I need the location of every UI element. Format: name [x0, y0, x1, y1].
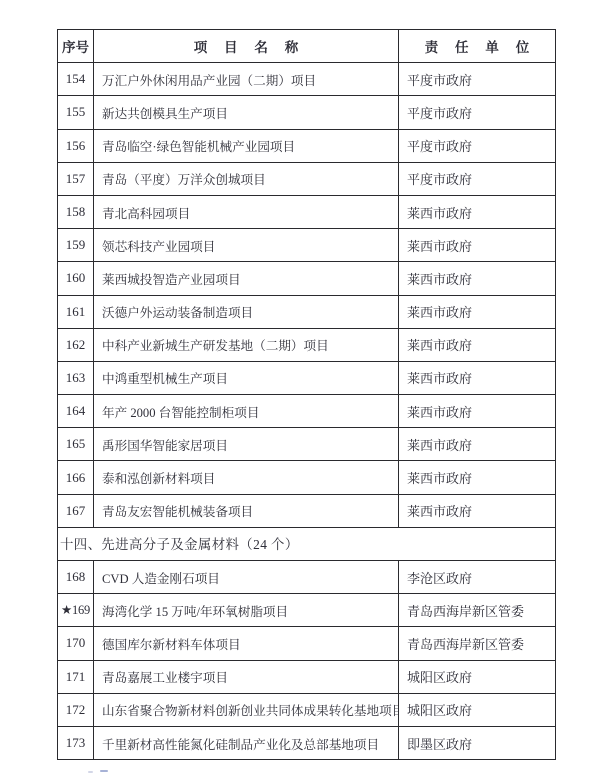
cell-responsible-unit: 莱西市政府: [399, 395, 556, 428]
table-row: 160 莱西城投智造产业园项目 莱西市政府: [58, 262, 556, 295]
cell-project-name: 青岛嘉展工业楼宇项目: [94, 660, 399, 693]
cell-project-name: 青岛临空·绿色智能机械产业园项目: [94, 129, 399, 162]
cell-responsible-unit: 莱西市政府: [399, 328, 556, 361]
cell-index: 155: [58, 96, 94, 129]
cell-index: 173: [58, 726, 94, 759]
cell-project-name: 山东省聚合物新材料创新创业共同体成果转化基地项目: [94, 693, 399, 726]
cell-project-name: 万汇户外休闲用品产业园（二期）项目: [94, 63, 399, 96]
cell-index: 154: [58, 63, 94, 96]
page-number-fragment-mark: [88, 771, 93, 773]
cell-project-name: 年产 2000 台智能控制柜项目: [94, 395, 399, 428]
cell-responsible-unit: 莱西市政府: [399, 361, 556, 394]
table-row: 173 千里新材高性能氮化硅制品产业化及总部基地项目 即墨区政府: [58, 726, 556, 759]
table-row: 171 青岛嘉展工业楼宇项目 城阳区政府: [58, 660, 556, 693]
cell-index: 159: [58, 229, 94, 262]
table-row: 172 山东省聚合物新材料创新创业共同体成果转化基地项目 城阳区政府: [58, 693, 556, 726]
cell-index: 160: [58, 262, 94, 295]
cell-project-name: 领芯科技产业园项目: [94, 229, 399, 262]
cell-index: 167: [58, 494, 94, 527]
cell-responsible-unit: 莱西市政府: [399, 494, 556, 527]
cell-responsible-unit: 莱西市政府: [399, 428, 556, 461]
table-row: 156 青岛临空·绿色智能机械产业园项目 平度市政府: [58, 129, 556, 162]
page-number-fragment: [88, 770, 114, 774]
table-row: 170 德国库尔新材料车体项目 青岛西海岸新区管委: [58, 627, 556, 660]
col-header-project-name: 项 目 名 称: [94, 30, 399, 63]
cell-responsible-unit: 平度市政府: [399, 162, 556, 195]
table-row: 157 青岛（平度）万洋众创城项目 平度市政府: [58, 162, 556, 195]
cell-responsible-unit: 平度市政府: [399, 129, 556, 162]
table-row: 158 青北高科园项目 莱西市政府: [58, 195, 556, 228]
cell-index: 162: [58, 328, 94, 361]
col-header-no: 序号: [58, 30, 94, 63]
cell-responsible-unit: 莱西市政府: [399, 195, 556, 228]
table-row: 165 禹形国华智能家居项目 莱西市政府: [58, 428, 556, 461]
table-row: 167 青岛友宏智能机械装备项目 莱西市政府: [58, 494, 556, 527]
cell-project-name: 中鸿重型机械生产项目: [94, 361, 399, 394]
cell-index: 172: [58, 693, 94, 726]
cell-index: 170: [58, 627, 94, 660]
table-row: 159 领芯科技产业园项目 莱西市政府: [58, 229, 556, 262]
section-title: 十四、先进高分子及金属材料（24 个）: [58, 527, 556, 560]
cell-responsible-unit: 青岛西海岸新区管委: [399, 594, 556, 627]
cell-project-name: 海湾化学 15 万吨/年环氧树脂项目: [94, 594, 399, 627]
cell-project-name: 沃德户外运动装备制造项目: [94, 295, 399, 328]
cell-responsible-unit: 青岛西海岸新区管委: [399, 627, 556, 660]
cell-project-name: 青北高科园项目: [94, 195, 399, 228]
cell-responsible-unit: 莱西市政府: [399, 295, 556, 328]
table-row: 163 中鸿重型机械生产项目 莱西市政府: [58, 361, 556, 394]
cell-responsible-unit: 平度市政府: [399, 96, 556, 129]
cell-responsible-unit: 李沧区政府: [399, 561, 556, 594]
cell-responsible-unit: 莱西市政府: [399, 229, 556, 262]
cell-project-name: CVD 人造金刚石项目: [94, 561, 399, 594]
cell-responsible-unit: 城阳区政府: [399, 693, 556, 726]
cell-index: 161: [58, 295, 94, 328]
table-row: 154 万汇户外休闲用品产业园（二期）项目 平度市政府: [58, 63, 556, 96]
cell-index: 157: [58, 162, 94, 195]
table-row: 164 年产 2000 台智能控制柜项目 莱西市政府: [58, 395, 556, 428]
table-row: 162 中科产业新城生产研发基地（二期）项目 莱西市政府: [58, 328, 556, 361]
cell-project-name: 泰和泓创新材料项目: [94, 461, 399, 494]
cell-responsible-unit: 莱西市政府: [399, 262, 556, 295]
col-header-responsible-unit: 责 任 单 位: [399, 30, 556, 63]
table-row: ★169 海湾化学 15 万吨/年环氧树脂项目 青岛西海岸新区管委: [58, 594, 556, 627]
page-number-fragment-mark: [100, 770, 108, 772]
cell-responsible-unit: 城阳区政府: [399, 660, 556, 693]
cell-responsible-unit: 莱西市政府: [399, 461, 556, 494]
cell-project-name: 青岛（平度）万洋众创城项目: [94, 162, 399, 195]
project-list-table: 序号 项 目 名 称 责 任 单 位 154 万汇户外休闲用品产业园（二期）项目…: [57, 29, 556, 760]
cell-index: 164: [58, 395, 94, 428]
cell-index: ★169: [58, 594, 94, 627]
document-page: 序号 项 目 名 称 责 任 单 位 154 万汇户外休闲用品产业园（二期）项目…: [0, 0, 591, 776]
cell-project-name: 青岛友宏智能机械装备项目: [94, 494, 399, 527]
header-row: 序号 项 目 名 称 责 任 单 位: [58, 30, 556, 63]
cell-index: 163: [58, 361, 94, 394]
cell-index: 166: [58, 461, 94, 494]
table-row: 155 新达共创模具生产项目 平度市政府: [58, 96, 556, 129]
table-row: 161 沃德户外运动装备制造项目 莱西市政府: [58, 295, 556, 328]
cell-index: 171: [58, 660, 94, 693]
cell-project-name: 禹形国华智能家居项目: [94, 428, 399, 461]
cell-responsible-unit: 平度市政府: [399, 63, 556, 96]
cell-index: 156: [58, 129, 94, 162]
table-row: 168 CVD 人造金刚石项目 李沧区政府: [58, 561, 556, 594]
cell-index: 158: [58, 195, 94, 228]
cell-project-name: 千里新材高性能氮化硅制品产业化及总部基地项目: [94, 726, 399, 759]
cell-index: 165: [58, 428, 94, 461]
cell-index: 168: [58, 561, 94, 594]
cell-project-name: 新达共创模具生产项目: [94, 96, 399, 129]
cell-project-name: 莱西城投智造产业园项目: [94, 262, 399, 295]
cell-project-name: 中科产业新城生产研发基地（二期）项目: [94, 328, 399, 361]
cell-responsible-unit: 即墨区政府: [399, 726, 556, 759]
table-row: 166 泰和泓创新材料项目 莱西市政府: [58, 461, 556, 494]
section-row: 十四、先进高分子及金属材料（24 个）: [58, 527, 556, 560]
cell-project-name: 德国库尔新材料车体项目: [94, 627, 399, 660]
